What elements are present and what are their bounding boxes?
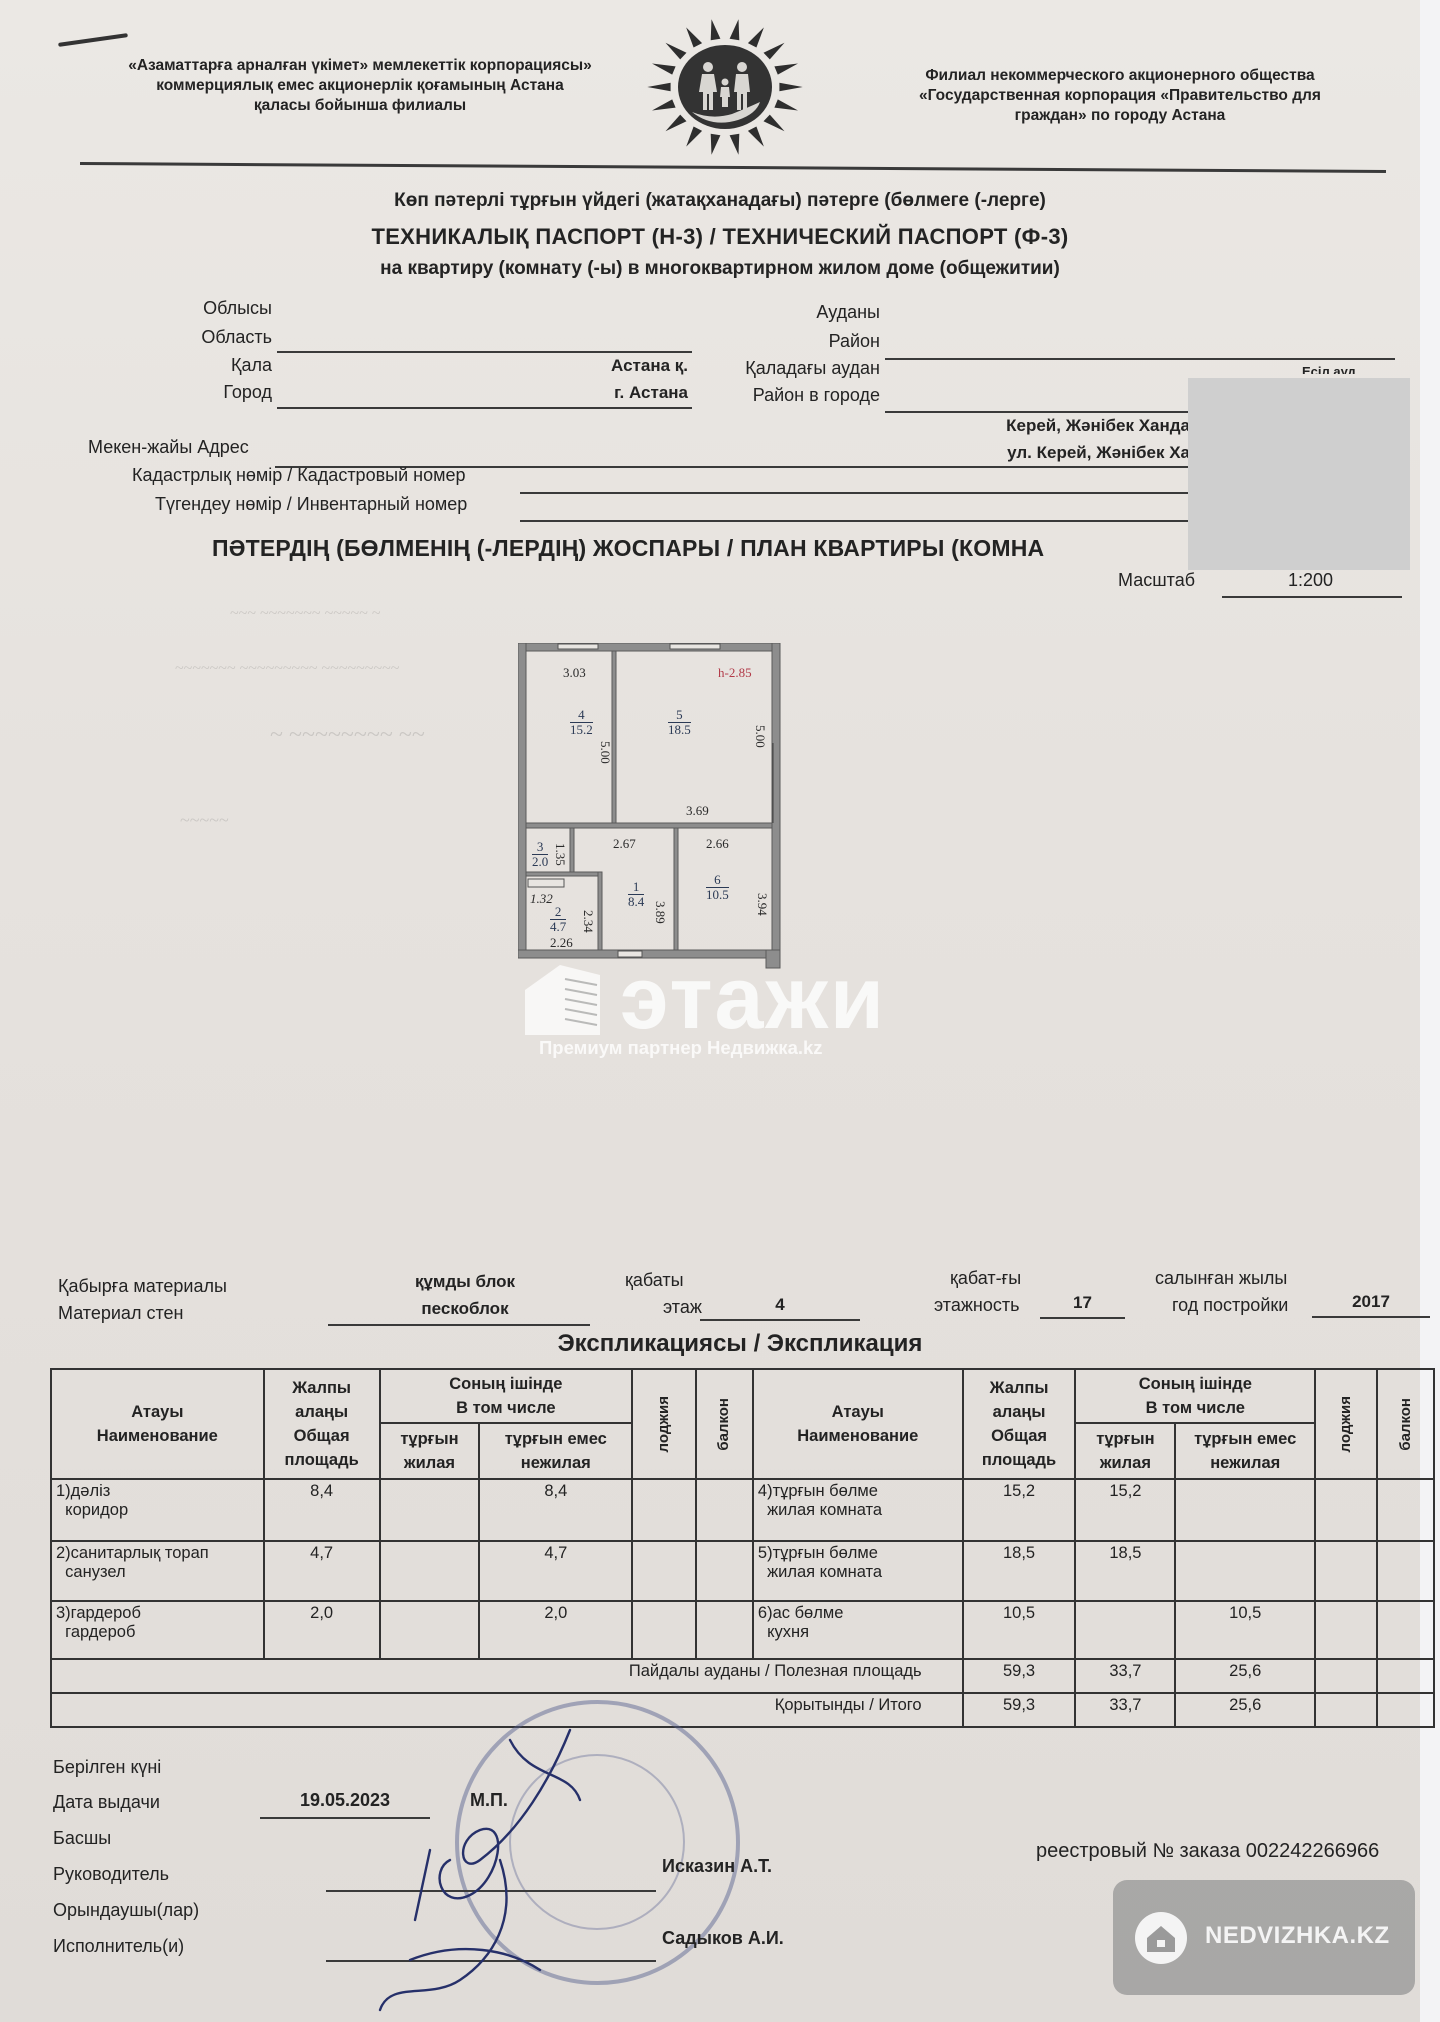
- bleed-text: ~~~~~~~ ~~~~~~~~~ ~~~~~~~~~: [175, 660, 399, 678]
- col-name-header: АтауыНаименование: [51, 1369, 264, 1479]
- year-label-ru: год постройки: [1172, 1295, 1288, 1316]
- wall-material-value-kz: құмды блок: [340, 1272, 590, 1292]
- row-name: 4)тұрғын бөлме жилая комната: [753, 1479, 963, 1541]
- row-loggia: [1315, 1541, 1377, 1601]
- grand-total-row: Қорытынды / Итого 59,3 33,7 25,6: [51, 1693, 1434, 1727]
- room-5-number: 5: [668, 708, 691, 723]
- room-6-area: 10.5: [706, 887, 729, 902]
- wall-material-label-kz: Қабырға материалы: [58, 1276, 227, 1297]
- wall-material-label-ru: Материал стен: [58, 1303, 183, 1324]
- year-field: [1312, 1316, 1430, 1318]
- inventory-label: Түгендеу нөмір / Инвентарный номер: [155, 494, 467, 515]
- row-nonliving: 2,0: [479, 1601, 632, 1659]
- room-3-number: 3: [532, 840, 548, 855]
- table-row: 1)дәліз коридор 8,4 8,4 4)тұрғын бөлме ж…: [51, 1479, 1434, 1541]
- row-balcony: [696, 1541, 753, 1601]
- bleed-text: ~~~ ~~~~~~~ ~~~~~ ~: [230, 605, 381, 623]
- row-nonliving: 10,5: [1175, 1601, 1315, 1659]
- house-icon: [1135, 1912, 1187, 1964]
- useful-area-nonliving: 25,6: [1175, 1659, 1315, 1693]
- room-5-area: 18.5: [668, 722, 691, 737]
- room-1-width: 2.67: [613, 836, 636, 852]
- address-label: Мекен-жайы Адрес: [88, 437, 249, 458]
- row-nonliving: [1175, 1479, 1315, 1541]
- inventory-field: [520, 520, 1190, 522]
- nedvizhka-badge[interactable]: NEDVIZHKA.KZ: [1113, 1880, 1415, 1995]
- floor-plan: 3.03 415.2 5.00 h-2.85 518.5 5.00 3.69 3…: [518, 643, 786, 969]
- doc-title-ru: на квартиру (комнату (-ы) в многоквартир…: [200, 258, 1240, 280]
- header-org-ru-line: «Государственная корпорация «Правительст…: [880, 86, 1360, 106]
- row-total: 10,5: [963, 1601, 1076, 1659]
- row-total: 8,4: [264, 1479, 380, 1541]
- executor-label-ru: Исполнитель(и): [53, 1936, 184, 1957]
- room-3-label: 32.0: [532, 840, 548, 869]
- city-field: [277, 407, 692, 409]
- floor-value: 4: [700, 1295, 860, 1315]
- useful-area-label: Пайдалы ауданы / Полезная площадь: [51, 1659, 963, 1693]
- oblast-label-ru: Область: [100, 327, 272, 348]
- room-1-length: 3.89: [652, 901, 668, 924]
- ceiling-height: h-2.85: [718, 665, 752, 681]
- row-total: 4,7: [264, 1541, 380, 1601]
- oblast-label-kz: Облысы: [100, 298, 272, 319]
- oblast-field: [277, 351, 692, 353]
- city-label-kz: Қала: [100, 355, 272, 376]
- useful-area-living: 33,7: [1075, 1659, 1175, 1693]
- row-balcony: [696, 1479, 753, 1541]
- badge-text: NEDVIZHKA.KZ: [1205, 1922, 1390, 1950]
- floor-label-ru: этаж: [663, 1297, 702, 1318]
- row-name: 1)дәліз коридор: [51, 1479, 264, 1541]
- row-total: 15,2: [963, 1479, 1076, 1541]
- city-label-ru: Город: [100, 382, 272, 403]
- row-nonliving: 4,7: [479, 1541, 632, 1601]
- room-2-length: 2.34: [580, 910, 596, 933]
- room-4-length: 5.00: [597, 741, 613, 764]
- col-living-header: тұрғынжилая: [380, 1423, 480, 1479]
- header-org-kz-line: коммерциялық емес акционерлік қоғамының …: [90, 76, 630, 96]
- col-loggia-header: лоджия: [632, 1369, 696, 1479]
- watermark-brand: этажи: [620, 947, 886, 1049]
- bleed-text: ~ ~~~~~~~~ ~~: [270, 722, 425, 749]
- cadastral-field: [520, 492, 1190, 494]
- explication-title: Экспликациясы / Экспликация: [400, 1330, 1080, 1358]
- room-4-width: 3.03: [563, 665, 586, 681]
- floors-total-label-kz: қабат-ғы: [950, 1268, 1021, 1289]
- table-row: 3)гардероб гардероб 2,0 2,0 6)ас бөлме к…: [51, 1601, 1434, 1659]
- row-living: [380, 1479, 480, 1541]
- row-loggia: [1315, 1479, 1377, 1541]
- city-value-kz: Астана қ.: [450, 356, 688, 376]
- col-living-header-2: тұрғынжилая: [1075, 1423, 1175, 1479]
- issue-date-label-kz: Берілген күні: [53, 1757, 161, 1778]
- explication-table: АтауыНаименование ЖалпыалаңыОбщаяплощадь…: [50, 1368, 1435, 1728]
- building-icon: [525, 965, 605, 1035]
- district-field: [885, 358, 1395, 360]
- wall-material-field: [328, 1324, 590, 1326]
- city-district-value: Есіл ауд: [1302, 364, 1402, 374]
- doc-title-kz: Көп пәтерлі тұрғын үйдегі (жатақханадағы…: [200, 190, 1240, 212]
- col-total-header-2: ЖалпыалаңыОбщаяплощадь: [963, 1369, 1076, 1479]
- room-2-number: 2: [550, 905, 566, 920]
- row-loggia: [632, 1541, 696, 1601]
- header-org-kz: «Азаматтарға арналған үкімет» мемлекетті…: [90, 56, 630, 116]
- grand-total-balcony: [1377, 1693, 1434, 1727]
- room-6-width: 2.66: [706, 836, 729, 852]
- room-6-label: 610.5: [706, 873, 729, 902]
- registry-order-number: реестровый № заказа 002242266966: [1036, 1840, 1379, 1863]
- room-3-area: 2.0: [532, 854, 548, 869]
- room-1-label: 18.4: [628, 880, 644, 909]
- room-5-label: 518.5: [668, 708, 691, 737]
- scale-value: 1:200: [1288, 570, 1333, 591]
- address-value-kz: Керей, Жәнібек Ханда: [880, 416, 1190, 436]
- scale-field: [1222, 596, 1402, 598]
- header-org-ru-line: Филиал некоммерческого акционерного обще…: [880, 66, 1360, 86]
- head-label-kz: Басшы: [53, 1828, 111, 1849]
- floors-total-label-ru: этажность: [934, 1295, 1019, 1316]
- room-2-label: 24.7: [550, 905, 566, 934]
- room-4-label: 415.2: [570, 708, 593, 737]
- room-5-length: 5.00: [752, 725, 768, 748]
- row-total: 2,0: [264, 1601, 380, 1659]
- table-row: 2)санитарлық торап санузел 4,7 4,7 5)тұр…: [51, 1541, 1434, 1601]
- address-value-ru: ул. Керей, Жәнібек Ха: [880, 443, 1190, 463]
- year-label-kz: салынған жылы: [1155, 1268, 1287, 1289]
- head-label-ru: Руководитель: [53, 1864, 169, 1885]
- watermark-subtitle: Премиум партнер Недвижка.kz: [539, 1037, 823, 1059]
- executor-label-kz: Орындаушы(лар): [53, 1900, 199, 1921]
- district-label-ru: Район: [700, 331, 880, 352]
- col-loggia-header-2: лоджия: [1315, 1369, 1377, 1479]
- row-balcony: [1377, 1601, 1434, 1659]
- redacted-area: [1188, 378, 1410, 570]
- useful-area-balcony: [1377, 1659, 1434, 1693]
- doc-title-main: ТЕХНИКАЛЫҚ ПАСПОРТ (Н-3) / ТЕХНИЧЕСКИЙ П…: [200, 224, 1240, 250]
- grand-total-nonliving: 25,6: [1175, 1693, 1315, 1727]
- room-6-number: 6: [706, 873, 729, 888]
- col-balcony-header-2: балкон: [1377, 1369, 1434, 1479]
- bleed-text: ~~~~~: [180, 810, 229, 831]
- col-nonliving-header: тұрғын емеснежилая: [479, 1423, 632, 1479]
- row-total: 18,5: [963, 1541, 1076, 1601]
- scale-label: Масштаб: [1118, 570, 1195, 591]
- city-district-field: [885, 411, 1190, 413]
- row-balcony: [1377, 1541, 1434, 1601]
- room-3-length: 1.35: [552, 843, 568, 866]
- sun-family-logo-icon: [640, 12, 810, 162]
- explication-table-wrap: АтауыНаименование ЖалпыалаңыОбщаяплощадь…: [50, 1368, 1435, 1728]
- col-including-header: Соның ішіндеВ том числе: [380, 1369, 633, 1423]
- issue-date-label-ru: Дата выдачи: [53, 1792, 160, 1813]
- useful-area-row: Пайдалы ауданы / Полезная площадь 59,3 3…: [51, 1659, 1434, 1693]
- row-living: [380, 1601, 480, 1659]
- row-balcony: [1377, 1479, 1434, 1541]
- row-nonliving: [1175, 1541, 1315, 1601]
- floors-total-field: [1040, 1317, 1125, 1319]
- row-balcony: [696, 1601, 753, 1659]
- grand-total-living: 33,7: [1075, 1693, 1175, 1727]
- row-name: 2)санитарлық торап санузел: [51, 1541, 264, 1601]
- city-district-label-ru: Район в городе: [690, 385, 880, 406]
- room-4-area: 15.2: [570, 722, 593, 737]
- row-name: 6)ас бөлме кухня: [753, 1601, 963, 1659]
- header-org-ru-line: граждан» по городу Астана: [880, 106, 1360, 126]
- row-living: [1075, 1601, 1175, 1659]
- city-district-label-kz: Қаладағы аудан: [690, 358, 880, 379]
- grand-total-loggia: [1315, 1693, 1377, 1727]
- floor-label-kz: қабаты: [625, 1270, 684, 1291]
- room-1-number: 1: [628, 880, 644, 895]
- useful-area-total: 59,3: [963, 1659, 1076, 1693]
- cadastral-label: Кадастрлық нөмір / Кадастровый номер: [132, 465, 465, 486]
- room-6-length: 3.94: [754, 893, 770, 916]
- row-living: 18,5: [1075, 1541, 1175, 1601]
- plan-title: ПӘТЕРДІҢ (БӨЛМЕНІҢ (-ЛЕРДІҢ) ЖОСПАРЫ / П…: [212, 535, 1212, 562]
- header-org-kz-line: қаласы бойынша филиалы: [90, 96, 630, 116]
- etazhi-watermark: этажи Премиум партнер Недвижка.kz: [525, 955, 945, 1065]
- grand-total-total: 59,3: [963, 1693, 1076, 1727]
- room-4-number: 4: [570, 708, 593, 723]
- district-label-kz: Ауданы: [700, 302, 880, 323]
- header-org-kz-line: «Азаматтарға арналған үкімет» мемлекетті…: [90, 56, 630, 76]
- wall-material-value-ru: пескоблок: [340, 1299, 590, 1319]
- row-name: 5)тұрғын бөлме жилая комната: [753, 1541, 963, 1601]
- room-2-area: 4.7: [550, 919, 566, 934]
- room-5-width: 3.69: [686, 803, 709, 819]
- col-balcony-header: балкон: [696, 1369, 753, 1479]
- row-living: [380, 1541, 480, 1601]
- col-nonliving-header-2: тұрғын емеснежилая: [1175, 1423, 1315, 1479]
- row-living: 15,2: [1075, 1479, 1175, 1541]
- row-name: 3)гардероб гардероб: [51, 1601, 264, 1659]
- row-nonliving: 8,4: [479, 1479, 632, 1541]
- row-loggia: [1315, 1601, 1377, 1659]
- room-1-area: 8.4: [628, 894, 644, 909]
- row-loggia: [632, 1601, 696, 1659]
- handwritten-signature: [370, 1720, 700, 2020]
- city-value-ru: г. Астана: [450, 383, 688, 403]
- room-2-bottom: 2.26: [550, 935, 573, 951]
- col-name-header-2: АтауыНаименование: [753, 1369, 963, 1479]
- year-value: 2017: [1312, 1292, 1430, 1312]
- useful-area-loggia: [1315, 1659, 1377, 1693]
- col-including-header-2: Соның ішіндеВ том числе: [1075, 1369, 1315, 1423]
- row-loggia: [632, 1479, 696, 1541]
- floor-field: [700, 1319, 860, 1321]
- header-org-ru: Филиал некоммерческого акционерного обще…: [880, 66, 1360, 126]
- floors-total-value: 17: [1040, 1293, 1125, 1313]
- col-total-header: ЖалпыалаңыОбщаяплощадь: [264, 1369, 380, 1479]
